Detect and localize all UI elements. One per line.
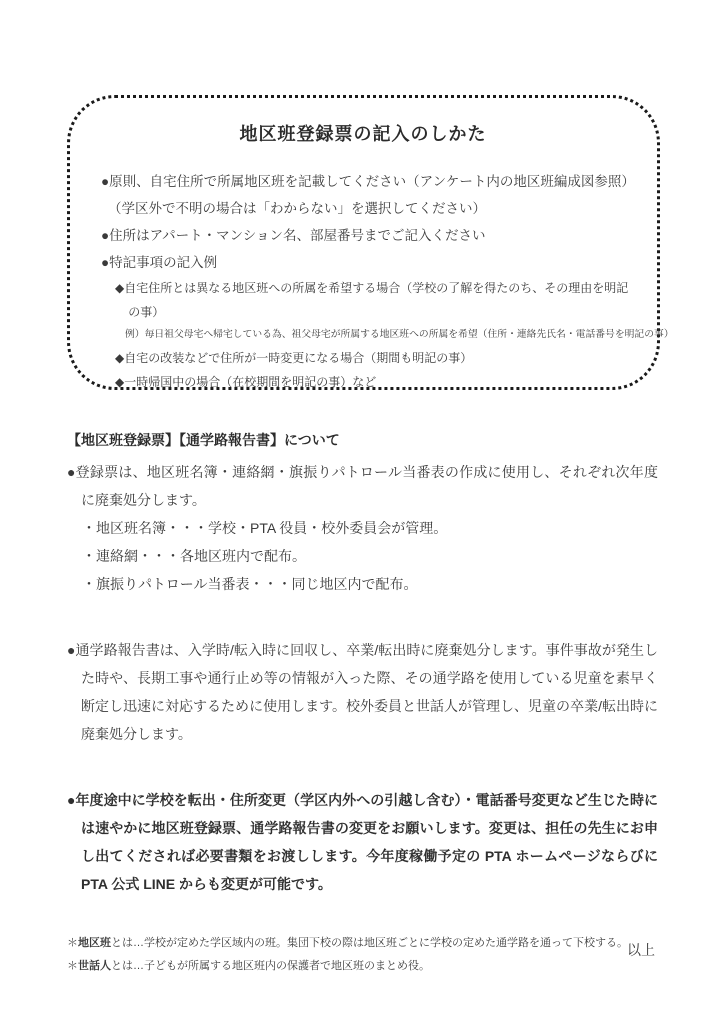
box-item-different-group: ◆自宅住所とは異なる地区班への所属を希望する場合（学校の了解を得たのち、その理由… [115,276,639,324]
box-item-example: 例）毎日祖父母宅へ帰宅している為、祖父母宅が所属する地区班への所属を希望（住所・… [125,324,639,346]
box-title: 地区班登録票の記入のしかた [87,120,639,146]
footnote-district-group: ＊地区班とは…学校が定めた学区域内の班。集団下校の際は地区班ごとに学校の定めた通… [67,932,658,955]
registration-item-patrol: ・旗振りパトロール当番表・・・同じ地区内で配布。 [82,570,658,598]
box-subnote-outside-district: （学区外で不明の場合は「わからない」を選択してください） [108,195,639,222]
paragraph-route-report: ●通学路報告書は、入学時/転入時に回収し、卒業/転出時に廃棄処分します。事件事故… [67,636,658,748]
footnote-text: とは…学校が定めた学区域内の班。集団下校の際は地区班ごとに学校の定めた通学路を通… [111,937,628,949]
section-heading: 【地区班登録票】【通学路報告書】について [67,430,658,450]
footnote-term: 世話人 [78,960,111,972]
registration-item-network: ・連絡網・・・各地区班内で配布。 [82,542,658,570]
registration-item-roster: ・地区班名簿・・・学校・PTA 役員・校外委員会が管理。 [82,514,658,542]
footnote-term: 地区班 [78,937,111,949]
box-item-renovation: ◆自宅の改装などで住所が一時変更になる場合（期間も明記の事） [115,346,639,370]
box-bullet-address: ●住所はアパート・マンション名、部屋番号までご記入ください [101,222,639,249]
paragraph-change-notice: ●年度途中に学校を転出・住所変更（学区内外への引越し含む）・電話番号変更など生じ… [67,786,658,898]
box-bullet-principle: ●原則、自宅住所で所属地区班を記載してください（アンケート内の地区班編成図参照） [101,168,639,195]
closing-text: 以上 [627,940,655,960]
footnote-asterisk: ＊ [67,937,78,949]
paragraph-registration: ●登録票は、地区班名簿・連絡網・旗振りパトロール当番表の作成に使用し、それぞれ次… [67,458,658,514]
box-bullet-special-notes: ●特記事項の記入例 [101,249,639,276]
footnote-asterisk: ＊ [67,960,78,972]
footnote-caretaker: ＊世話人とは…子どもが所属する地区班内の保護者で地区班のまとめ役。 [67,955,658,978]
document-page: 地区班登録票の記入のしかた ●原則、自宅住所で所属地区班を記載してください（アン… [0,0,723,1023]
footnotes: ＊地区班とは…学校が定めた学区域内の班。集団下校の際は地区班ごとに学校の定めた通… [67,932,658,978]
instructions-box: 地区班登録票の記入のしかた ●原則、自宅住所で所属地区班を記載してください（アン… [67,95,660,390]
footnote-text: とは…子どもが所属する地区班内の保護者で地区班のまとめ役。 [111,960,430,972]
box-item-temporary-return: ◆一時帰国中の場合（在校期間を明記の事）など [115,370,639,394]
